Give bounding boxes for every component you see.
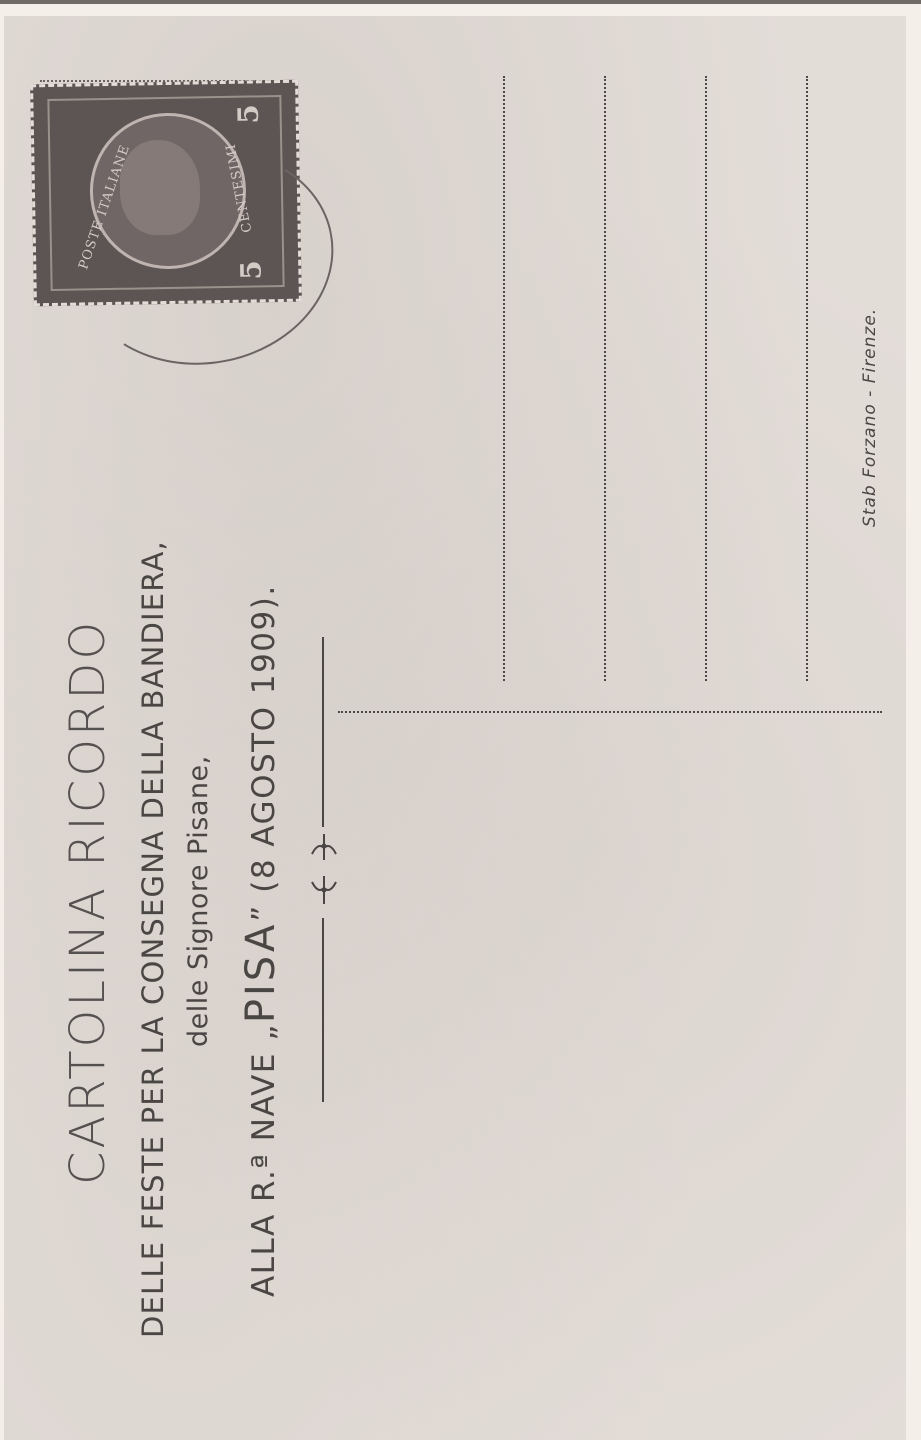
address-line-4 xyxy=(806,76,808,681)
ornament-rule-upper xyxy=(322,637,324,827)
ship-dedication-line: ALLA R.ª NAVE „PISA” (8 AGOSTO 1909). xyxy=(238,584,284,1297)
scan-border xyxy=(0,0,921,4)
card-title: CARTOLINA RICORDO xyxy=(60,619,116,1185)
ornament-rule-lower xyxy=(322,918,324,1102)
address-line-1 xyxy=(503,76,505,681)
ship-prefix: ALLA R.ª NAVE „ xyxy=(246,1023,282,1297)
stamp-value-top: 5 xyxy=(232,104,265,124)
ship-name: PISA xyxy=(238,922,284,1023)
subtitle-line: DELLE FESTE PER LA CONSEGNA DELLA BANDIE… xyxy=(136,540,170,1338)
fleuron-ornament-icon xyxy=(310,832,338,912)
address-line-3 xyxy=(705,76,707,681)
subtitle-line-ladies: delle Signore Pisane, xyxy=(183,755,214,1047)
printer-credit: Stab Forzano - Firenze. xyxy=(860,308,880,527)
message-address-divider xyxy=(338,711,882,713)
address-line-2 xyxy=(604,76,606,681)
ship-date: ” (8 AGOSTO 1909). xyxy=(246,584,282,921)
